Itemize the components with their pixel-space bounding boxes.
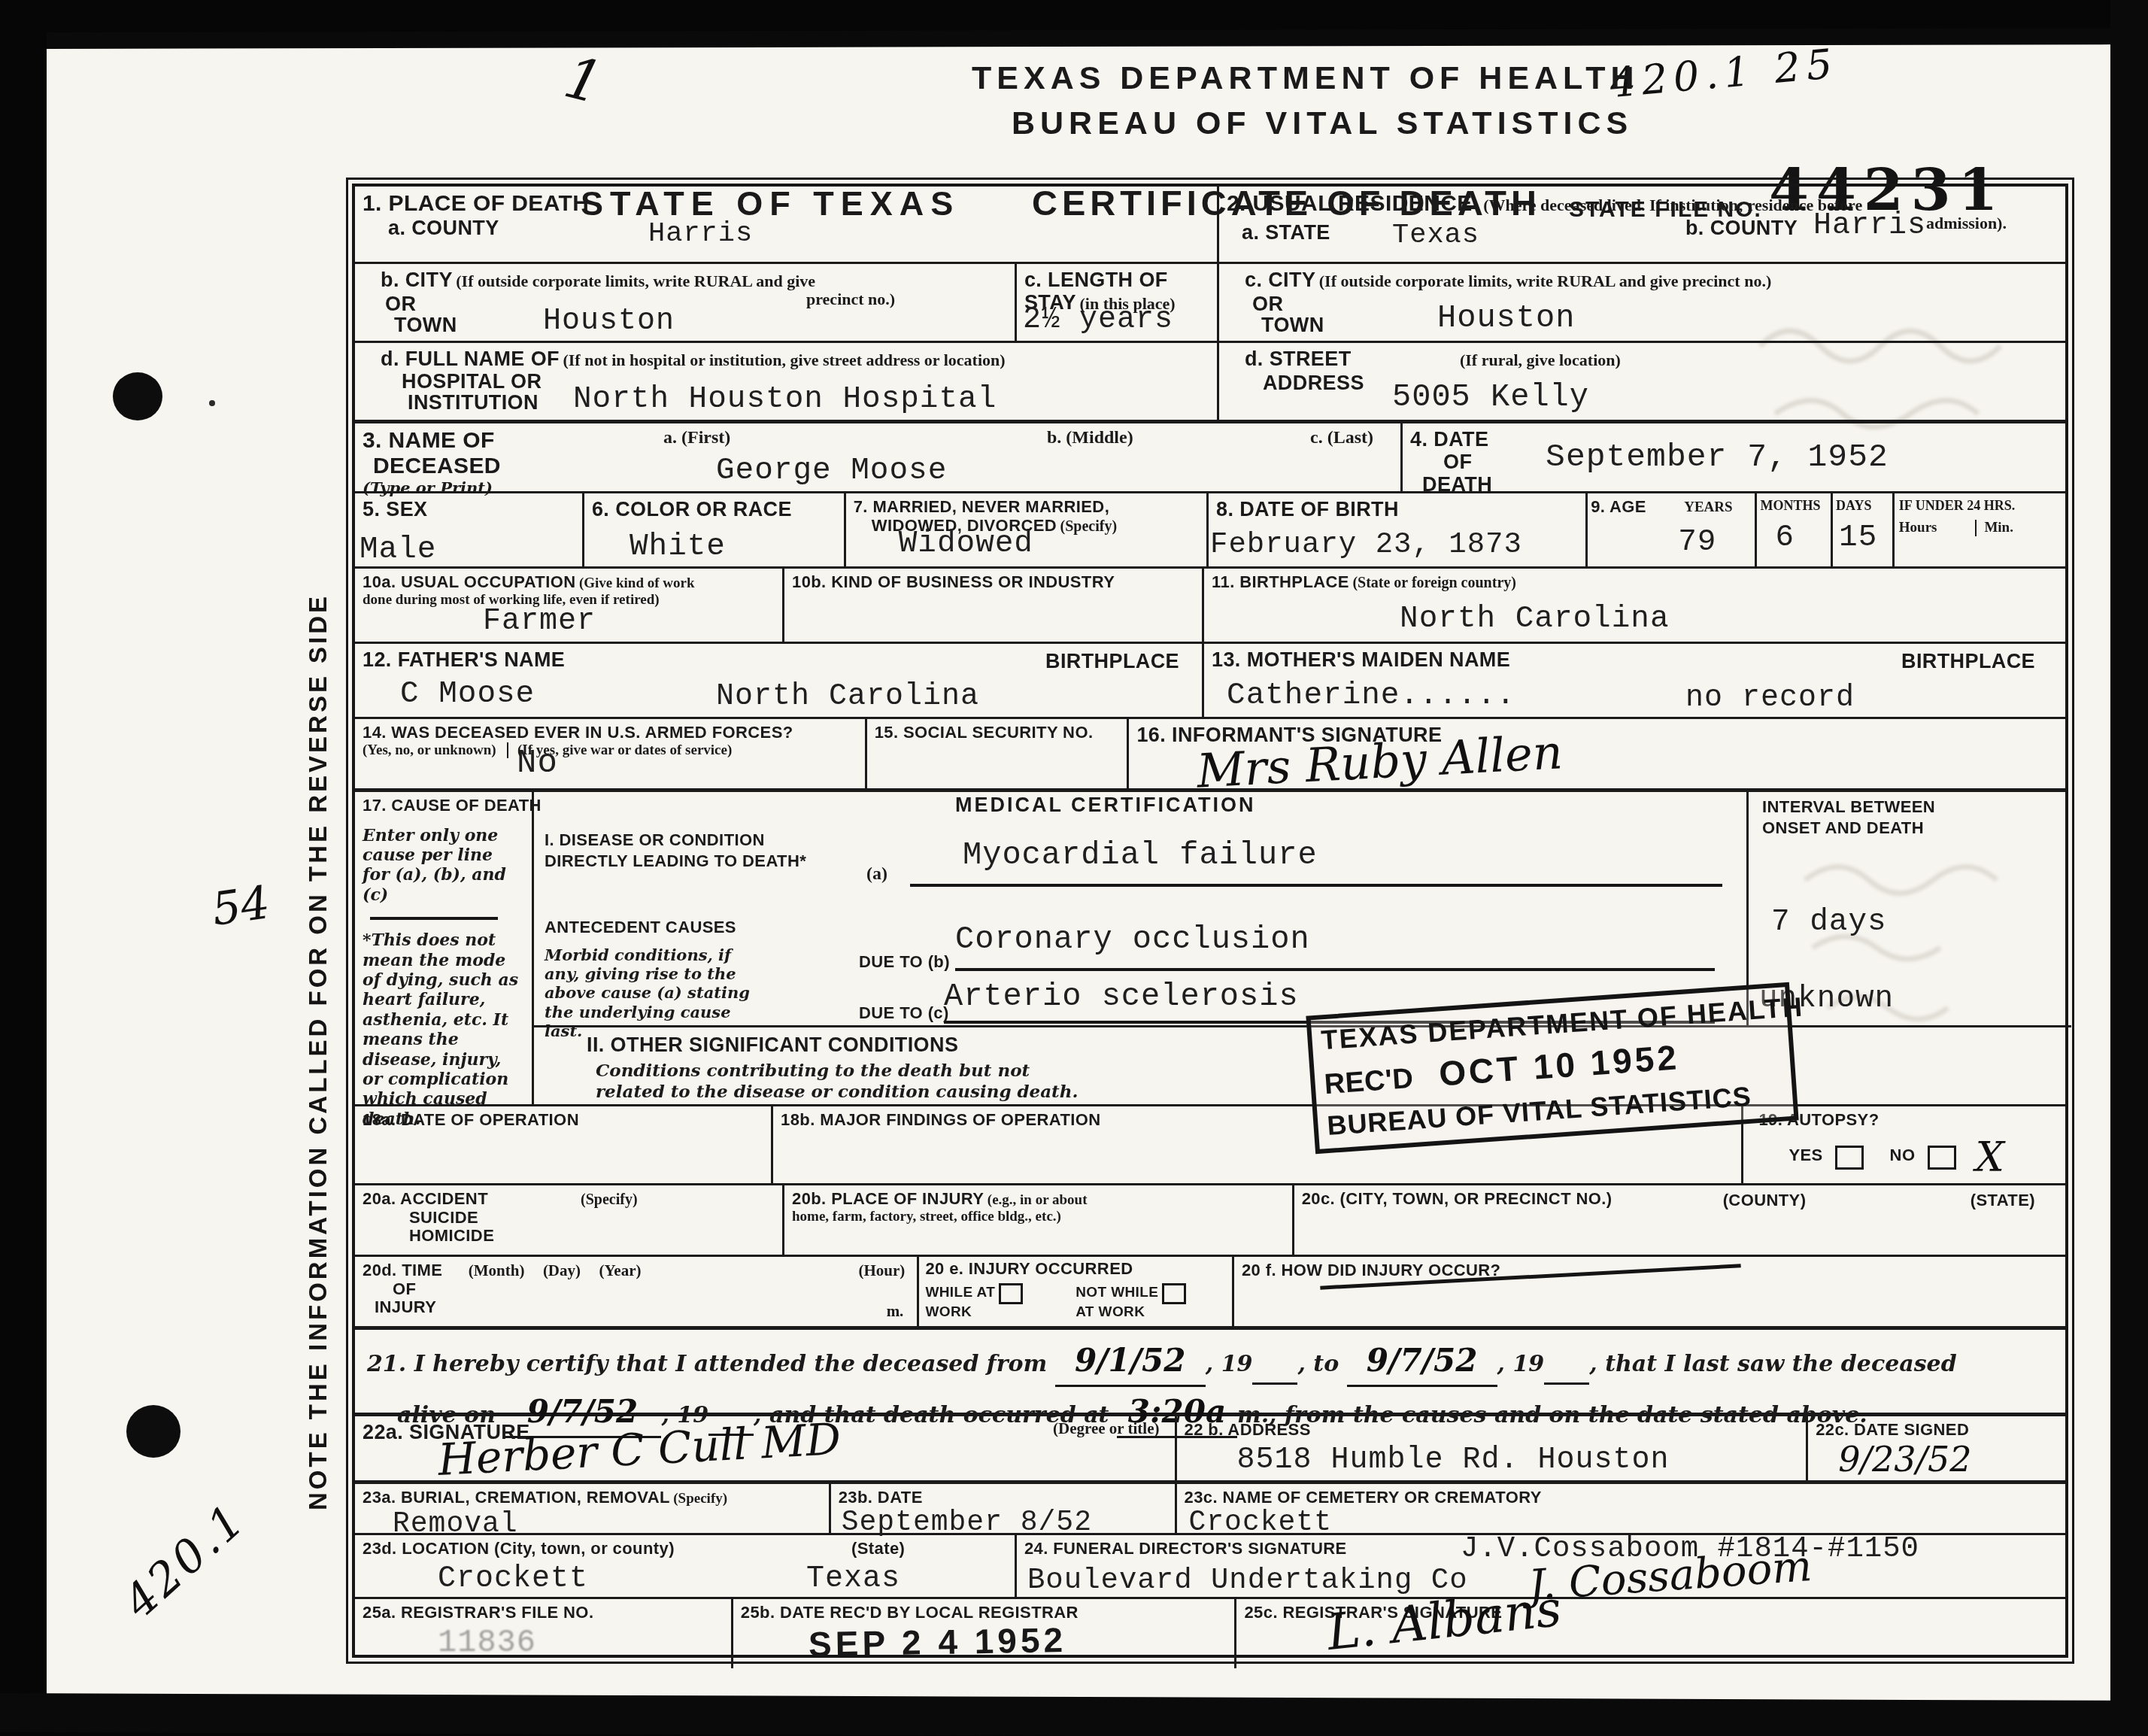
s22b-label: 22 b. ADDRESS xyxy=(1185,1420,1311,1439)
s3-label2: DECEASED xyxy=(373,454,501,478)
s2b-value: Harris xyxy=(1813,209,1926,243)
s3-first-label: a. (First) xyxy=(663,428,730,449)
s17-c-value: Arterio scelerosis xyxy=(944,979,1299,1015)
punch-hole-bottom xyxy=(126,1405,181,1458)
s9-days-value: 15 xyxy=(1839,520,1877,555)
s3-value: George Moose xyxy=(716,454,947,488)
interval-b-value: 7 days xyxy=(1771,905,1887,939)
s23d-city: Crockett xyxy=(438,1562,588,1596)
s23b-label: 23b. DATE xyxy=(839,1488,923,1507)
s17-b-value: Coronary occlusion xyxy=(955,921,1310,958)
field-armed-forces: 14. WAS DECEASED EVER IN U.S. ARMED FORC… xyxy=(355,719,865,788)
s20a-note: (Specify) xyxy=(581,1191,638,1209)
s1c-label: c. LENGTH OF xyxy=(1024,269,1168,291)
s20d-year: (Year) xyxy=(599,1261,641,1279)
s14-label: 14. WAS DECEASED EVER IN U.S. ARMED FORC… xyxy=(363,723,793,742)
s3-label: 3. NAME OF xyxy=(363,428,495,453)
s23a-label: 23a. BURIAL, CREMATION, REMOVAL xyxy=(363,1488,670,1507)
s18a-label: 18a. DATE OF OPERATION xyxy=(363,1110,579,1129)
field-injury-occurred: 20 e. INJURY OCCURRED WHILE AT WORK NOT … xyxy=(917,1257,1232,1326)
field-burial-date: 23b. DATE September 8/52 xyxy=(829,1484,1175,1533)
autopsy-yes-checkbox xyxy=(1835,1146,1864,1170)
s23d-state-label: (State) xyxy=(851,1540,905,1558)
s2c-note: (If outside corporate limits, write RURA… xyxy=(1319,272,1771,290)
s7-label: 7. MARRIED, NEVER MARRIED, xyxy=(854,497,1109,516)
s25a-label: 25a. REGISTRAR'S FILE NO. xyxy=(363,1603,593,1622)
field-age-days: DAYS 15 xyxy=(1831,493,1892,566)
s4-label: 4. DATE xyxy=(1410,428,1488,451)
field-interval-onset-death: INTERVAL BETWEEN ONSET AND DEATH 7 days … xyxy=(1746,792,2071,1025)
s17-b-tag: DUE TO (b) xyxy=(859,953,950,972)
field-accident-suicide-homicide: 20a. ACCIDENT (Specify) SUICIDE HOMICIDE xyxy=(355,1185,782,1255)
s20e-w2: WORK xyxy=(925,1304,972,1320)
s2b-label: b. COUNTY xyxy=(1685,217,1798,239)
s12-bp: North Carolina xyxy=(716,680,979,714)
s20e-label: 20 e. INJURY OCCURRED xyxy=(925,1259,1133,1278)
certificate-form: 1. PLACE OF DEATH a. COUNTY Harris 2. US… xyxy=(352,184,2068,1658)
s23d-label: 23d. LOCATION (City, town, or county) xyxy=(363,1539,675,1558)
s3-last-label: c. (Last) xyxy=(1310,428,1373,449)
punch-hole-top xyxy=(113,372,162,420)
field-registrar-signature: 25c. REGISTRAR'S SIGNATURE L. Albans xyxy=(1234,1599,2065,1668)
margin-number-54: 54 xyxy=(209,876,273,936)
field-name-of-deceased: 3. NAME OF DECEASED (Type or Print) a. (… xyxy=(355,423,1400,491)
field-burial-location: 23d. LOCATION (City, town, or county) (S… xyxy=(355,1535,1015,1597)
s9-months-label: MONTHS xyxy=(1760,498,1820,513)
not-while-at-work-option: NOT WHILE AT WORK xyxy=(1076,1283,1226,1320)
s11-note: (State or foreign country) xyxy=(1352,575,1516,591)
s22c-value: 9/23/52 xyxy=(1838,1439,1971,1480)
s10a-value: Farmer xyxy=(483,605,596,639)
s11-label: 11. BIRTHPLACE xyxy=(1212,572,1349,591)
s19-no-label: NO xyxy=(1890,1146,1916,1164)
s17-note2: *This does not mean the mode of dying, s… xyxy=(363,930,524,1129)
s1a-label: a. COUNTY xyxy=(388,217,499,239)
s20d-label3: INJURY xyxy=(375,1297,436,1316)
s1d-label3: INSTITUTION xyxy=(408,391,539,414)
s9-under-label: IF UNDER 24 HRS. xyxy=(1899,498,2015,513)
s5-label: 5. SEX xyxy=(363,498,427,520)
s24-typed2: Boulevard Undertaking Co xyxy=(1027,1564,1468,1597)
s9-days-label: DAYS xyxy=(1836,498,1871,513)
s6-value: White xyxy=(630,530,726,564)
field-usual-occupation: 10a. USUAL OCCUPATION (Give kind of work… xyxy=(355,569,782,642)
s2c-or: OR xyxy=(1252,293,1283,315)
s13-bp: no record xyxy=(1685,681,1855,715)
field-hospital-name: d. FULL NAME OF (If not in hospital or i… xyxy=(355,343,1217,420)
s1d-label: d. FULL NAME OF xyxy=(381,348,560,370)
s9-min-label: Min. xyxy=(1975,520,2061,536)
field-place-of-injury: 20b. PLACE OF INJURY (e.g., in or about … xyxy=(782,1185,1292,1255)
s4-value: September 7, 1952 xyxy=(1546,439,1889,475)
scan-edge-bottom xyxy=(0,1693,2148,1736)
s1b-label: b. CITY xyxy=(381,269,453,291)
field-usual-residence: 2. USUAL RESIDENCE (Where deceased lived… xyxy=(1217,187,2065,262)
s11-value: North Carolina xyxy=(1400,602,1669,636)
s2d-value: 5005 Kelly xyxy=(1392,379,1589,415)
field-cemetery-name: 23c. NAME OF CEMETERY OR CREMATORY Crock… xyxy=(1175,1484,2065,1533)
s23d-state: Texas xyxy=(806,1562,900,1596)
s23a-note: (Specify) xyxy=(673,1491,727,1507)
s17-i-label2: DIRECTLY LEADING TO DEATH* xyxy=(545,852,806,871)
s25b-label: 25b. DATE REC'D BY LOCAL REGISTRAR xyxy=(741,1603,1079,1622)
s1-title: 1. PLACE OF DEATH xyxy=(363,191,589,216)
field-physician-signature: 22a. SIGNATURE (Degree or title) Herber … xyxy=(355,1416,1175,1480)
s17-c-tag: DUE TO (c) xyxy=(859,1004,949,1023)
s1d-note: (If not in hospital or institution, give… xyxy=(563,351,1005,369)
field-kind-of-business: 10b. KIND OF BUSINESS OR INDUSTRY xyxy=(782,569,1202,642)
field-injury-location: 20c. (CITY, TOWN, OR PRECINCT NO.) (COUN… xyxy=(1292,1185,2065,1255)
s13-name: Catherine...... xyxy=(1227,678,1515,713)
scan-edge-right xyxy=(2110,0,2148,1736)
field-date-signed: 22c. DATE SIGNED 9/23/52 xyxy=(1806,1416,2065,1480)
while-at-work-checkbox xyxy=(999,1283,1023,1304)
s8-label: 8. DATE OF BIRTH xyxy=(1216,498,1399,520)
s20d-label: 20d. TIME xyxy=(363,1261,442,1279)
autopsy-no-checkbox xyxy=(1928,1146,1956,1170)
s15-label: 15. SOCIAL SECURITY NO. xyxy=(875,723,1094,742)
s1c-value: 2½ years xyxy=(1023,303,1173,337)
s8-value: February 23, 1873 xyxy=(1210,528,1522,561)
s17-note1: Enter only one cause per line for (a), (… xyxy=(363,826,524,906)
s20f-label: 20 f. HOW DID INJURY OCCUR? xyxy=(1242,1261,1501,1279)
s2-note: (Where deceased lived. If institution; r… xyxy=(1483,196,1862,214)
s1d-label2: HOSPITAL OR xyxy=(402,370,542,393)
s23c-value: Crockett xyxy=(1189,1507,1332,1539)
field-cause-of-death-notes: 17. CAUSE OF DEATH Enter only one cause … xyxy=(355,792,532,1104)
stamp-recd: REC'D xyxy=(1323,1063,1414,1100)
field-age-years: 9. AGE YEARS 79 xyxy=(1585,493,1755,566)
s7-value: Widowed xyxy=(899,527,1033,561)
field-street-address: d. STREET (If rural, give location) ADDR… xyxy=(1217,343,2065,420)
s20b-label: 20b. PLACE OF INJURY xyxy=(792,1189,984,1208)
s17-ii-note: Conditions contributing to the death but… xyxy=(596,1061,1030,1082)
field-physician-address: 22 b. ADDRESS 8518 Humble Rd. Houston xyxy=(1175,1416,1807,1480)
field-marital-status: 7. MARRIED, NEVER MARRIED, WIDOWED, DIVO… xyxy=(844,493,1206,566)
s10b-label: 10b. KIND OF BUSINESS OR INDUSTRY xyxy=(792,572,1115,591)
field-fathers-name: 12. FATHER'S NAME BIRTHPLACE C Moose Nor… xyxy=(355,644,1202,717)
s10a-label: 10a. USUAL OCCUPATION xyxy=(363,572,575,591)
s20a-label2: SUICIDE xyxy=(409,1208,478,1227)
s9-label: 9. AGE xyxy=(1591,497,1646,516)
field-time-of-injury: 20d. TIME (Month) (Day) (Year) (Hour) OF… xyxy=(355,1257,917,1326)
s17-ii-note2: related to the disease or condition caus… xyxy=(596,1082,1078,1103)
s20d-label2: OF xyxy=(393,1279,416,1298)
field-date-of-birth: 8. DATE OF BIRTH February 23, 1873 xyxy=(1206,493,1585,566)
s20c-label: 20c. (CITY, TOWN, OR PRECINCT NO.) xyxy=(1302,1189,1613,1208)
s2c-label: c. CITY xyxy=(1245,269,1315,291)
s20e-w1: WHILE AT xyxy=(925,1285,995,1300)
s20d-m: m. xyxy=(887,1302,904,1320)
field-length-of-stay: c. LENGTH OF STAY (in this place) 2½ yea… xyxy=(1015,264,1217,341)
field-how-did-injury-occur: 20 f. HOW DID INJURY OCCUR? xyxy=(1232,1257,2065,1326)
s1b-town: TOWN xyxy=(394,314,457,336)
s3-middle-label: b. (Middle) xyxy=(1047,428,1133,449)
s9-months-value: 6 xyxy=(1775,520,1795,555)
autopsy-no-x-mark: X xyxy=(1975,1134,2004,1181)
s21-v1: 9/1/52 xyxy=(1075,1342,1186,1379)
s2d-label: d. STREET xyxy=(1245,348,1352,370)
s1b-or: OR xyxy=(385,293,416,315)
field-registrar-file-no: 25a. REGISTRAR'S FILE NO. 11836 xyxy=(355,1599,731,1668)
s12-label: 12. FATHER'S NAME xyxy=(363,648,565,671)
interval-label2: ONSET AND DEATH xyxy=(1762,819,1924,838)
s21-v2: 9/7/52 xyxy=(1367,1342,1478,1379)
s20e-n1: NOT WHILE xyxy=(1076,1285,1158,1300)
header-bureau: BUREAU OF VITAL STATISTICS xyxy=(1012,105,1633,141)
field-social-security-no: 15. SOCIAL SECURITY NO. xyxy=(865,719,1127,788)
s9-years-value: 79 xyxy=(1678,525,1716,560)
field-place-of-death: 1. PLACE OF DEATH a. COUNTY Harris xyxy=(355,187,1217,262)
s21-p3: , to xyxy=(1297,1351,1339,1377)
s14-note1: (Yes, no, or unknown) xyxy=(363,742,496,758)
s12-name: C Moose xyxy=(400,677,535,712)
s21-p2: , 19 xyxy=(1206,1351,1253,1377)
s22a-degree: (Degree or title) xyxy=(1053,1419,1159,1437)
s22c-label: 22c. DATE SIGNED xyxy=(1816,1420,1969,1439)
s21-p4: , 19 xyxy=(1497,1351,1545,1377)
s1b-value: Houston xyxy=(543,305,675,338)
s20a-label: 20a. ACCIDENT xyxy=(363,1189,488,1208)
interval-label: INTERVAL BETWEEN xyxy=(1762,798,1935,817)
field-burial-cremation-removal: 23a. BURIAL, CREMATION, REMOVAL (Specify… xyxy=(355,1484,829,1533)
s23b-value: September 8/52 xyxy=(842,1507,1092,1539)
s20d-hour: (Hour) xyxy=(859,1261,906,1279)
field-date-received: 25b. DATE REC'D BY LOCAL REGISTRAR SEP 2… xyxy=(731,1599,1235,1668)
s2c-town: TOWN xyxy=(1261,314,1324,336)
field-informant-signature: 16. INFORMANT'S SIGNATURE Mrs Ruby Allen xyxy=(1127,719,2065,788)
s13-bp-label: BIRTHPLACE xyxy=(1901,650,2035,672)
s19-yes-label: YES xyxy=(1788,1146,1822,1164)
stamp-date: OCT 10 1952 xyxy=(1438,1038,1681,1094)
field-mothers-maiden-name: 13. MOTHER'S MAIDEN NAME BIRTHPLACE Cath… xyxy=(1202,644,2065,717)
s20e-n2: AT WORK xyxy=(1076,1304,1145,1320)
field-age-under-24: IF UNDER 24 HRS. Hours Min. xyxy=(1892,493,2065,566)
s20a-label3: HOMICIDE xyxy=(409,1226,494,1245)
s21-p5: , that I last saw the deceased xyxy=(1589,1351,1956,1377)
s20b-note2: home, farm, factory, street, office bldg… xyxy=(792,1209,1061,1225)
field-sex: 5. SEX Male xyxy=(355,493,582,566)
s17-a-tag: (a) xyxy=(866,864,887,885)
s1b-note: (If outside corporate limits, write RURA… xyxy=(456,272,815,290)
field-city-of-residence: c. CITY (If outside corporate limits, wr… xyxy=(1217,264,2065,341)
field-other-significant-conditions: II. OTHER SIGNIFICANT CONDITIONS Conditi… xyxy=(534,1025,2071,1108)
s2-title: 2. USUAL RESIDENCE xyxy=(1227,191,1473,216)
s20d-month: (Month) xyxy=(469,1261,525,1279)
s5-value: Male xyxy=(360,533,436,567)
field-medical-certification: MEDICAL CERTIFICATION I. DISEASE OR COND… xyxy=(532,792,2065,1104)
s2c-value: Houston xyxy=(1437,300,1575,336)
field-date-of-death: 4. DATE OF DEATH September 7, 1952 xyxy=(1400,423,2065,491)
s2-note2: admission). xyxy=(1926,214,2007,232)
s1b-note2: precinct no.) xyxy=(806,290,895,308)
s6-label: 6. COLOR OR RACE xyxy=(592,498,792,520)
field-color-or-race: 6. COLOR OR RACE White xyxy=(582,493,844,566)
s14-value: No xyxy=(517,745,558,782)
s2a-label: a. STATE xyxy=(1242,221,1330,244)
s7-note: (Specify) xyxy=(1060,518,1118,535)
cause-lines: MEDICAL CERTIFICATION I. DISEASE OR COND… xyxy=(534,792,1746,1025)
s20c-county: (COUNTY) xyxy=(1723,1191,1807,1210)
rule-a xyxy=(910,884,1722,887)
s4-label3: DEATH xyxy=(1422,473,1492,496)
field-age-months: MONTHS 6 xyxy=(1755,493,1831,566)
s24-label: 24. FUNERAL DIRECTOR'S SIGNATURE xyxy=(1024,1539,1347,1558)
s1d-value: North Houston Hospital xyxy=(573,382,997,417)
s17-i-label: I. DISEASE OR CONDITION xyxy=(545,831,765,850)
scanned-death-certificate: NOTE THE INFORMATION CALLED FOR ON THE R… xyxy=(0,0,2148,1736)
s2a-value: Texas xyxy=(1392,220,1479,251)
s17-label: 17. CAUSE OF DEATH xyxy=(363,796,542,815)
field-city-of-death: b. CITY (If outside corporate limits, wr… xyxy=(355,264,1015,341)
while-at-work-option: WHILE AT WORK xyxy=(925,1283,1076,1320)
s17-a-value: Myocardial failure xyxy=(963,837,1318,873)
header-department: TEXAS DEPARTMENT OF HEALTH xyxy=(972,60,1640,96)
med-cert-title: MEDICAL CERTIFICATION xyxy=(955,794,1256,816)
s20c-state: (STATE) xyxy=(1971,1191,2035,1210)
field-date-of-operation: 18a. DATE OF OPERATION xyxy=(355,1106,771,1183)
s17-ii-label: II. OTHER SIGNIFICANT CONDITIONS xyxy=(587,1033,958,1056)
reverse-side-note: NOTE THE INFORMATION CALLED FOR ON THE R… xyxy=(304,352,352,1510)
s20d-day: (Day) xyxy=(543,1261,581,1279)
s18b-label: 18b. MAJOR FINDINGS OF OPERATION xyxy=(781,1110,1101,1129)
rule-b xyxy=(955,968,1715,971)
s25b-stamp-value: SEP 2 4 1952 xyxy=(808,1619,1066,1665)
s25a-value: 11836 xyxy=(438,1625,536,1661)
s2d-label2: ADDRESS xyxy=(1263,372,1364,394)
s22b-value: 8518 Humble Rd. Houston xyxy=(1237,1443,1670,1477)
field-birthplace: 11. BIRTHPLACE (State or foreign country… xyxy=(1202,569,2065,642)
s13-label: 13. MOTHER'S MAIDEN NAME xyxy=(1212,648,1510,671)
s9-hours-label: Hours xyxy=(1899,520,1976,536)
s9-years-label: YEARS xyxy=(1684,499,1732,516)
s2d-note: (If rural, give location) xyxy=(1460,351,1621,369)
divider xyxy=(370,917,498,920)
field-physician-certification: 21. I hereby certify that I attended the… xyxy=(355,1330,2065,1413)
not-while-at-work-checkbox xyxy=(1162,1283,1186,1304)
s17-ante-label: ANTECEDENT CAUSES xyxy=(545,918,736,937)
s10a-note: (Give kind of work xyxy=(579,575,695,591)
s4-label2: OF xyxy=(1443,451,1472,473)
s1a-value: Harris xyxy=(648,218,753,250)
s23c-label: 23c. NAME OF CEMETERY OR CREMATORY xyxy=(1185,1488,1542,1507)
speck xyxy=(209,400,215,406)
s20b-note: (e.g., in or about xyxy=(988,1192,1088,1208)
s21-p1: 21. I hereby certify that I attended the… xyxy=(367,1351,1047,1377)
s12-bp-label: BIRTHPLACE xyxy=(1045,650,1179,672)
